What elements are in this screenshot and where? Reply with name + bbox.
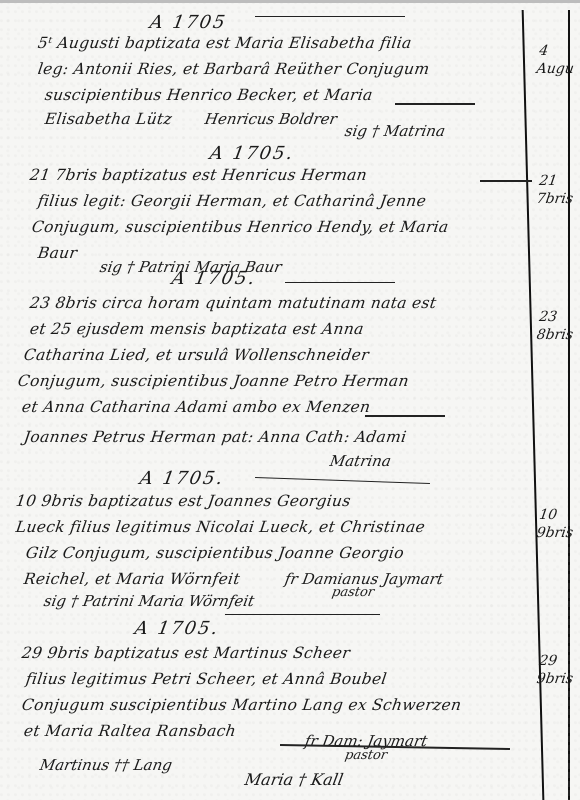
entry-line: Lueck filius legitimus Nicolai Lueck, et… <box>15 518 427 536</box>
signature: pastor <box>344 748 389 763</box>
entry-line: 21 7bris baptizatus est Henricus Herman <box>29 166 369 184</box>
margin-day: 23 <box>538 308 577 326</box>
entry-line: Conjugum, suscipientibus Joanne Petro He… <box>17 372 410 390</box>
entry-line: et Anna Catharina Adami ambo ex Menzen <box>21 398 372 416</box>
divider <box>255 477 430 484</box>
entry-line: 5ᵗ Augusti baptizata est Maria Elisabeth… <box>37 34 413 52</box>
margin-day: 29 <box>538 652 577 670</box>
entry-line: 23 8bris circa horam quintam matutinam n… <box>29 294 438 312</box>
divider <box>480 180 532 182</box>
entry-line: Conjugum suscipientibus Martino Lang ex … <box>21 696 463 714</box>
entry-line: 10 9bris baptizatus est Joannes Georgius <box>15 492 352 510</box>
margin-month: 7bris <box>535 190 574 208</box>
entry-line: Joannes Petrus Herman pat: Anna Cath: Ad… <box>23 428 408 446</box>
entry-line: Gilz Conjugum, suscipientibus Joanne Geo… <box>25 544 405 562</box>
signature: Matrina <box>328 452 392 470</box>
underline <box>365 415 445 417</box>
entry-year: A 1705 <box>148 12 228 33</box>
margin-month: 9bris <box>535 670 574 688</box>
divider <box>395 103 475 105</box>
margin-month: Augu <box>535 60 575 78</box>
margin-date: 10 9bris <box>535 506 576 542</box>
entry-line: Reichel, et Maria Wörnfeit <box>23 570 241 588</box>
signature: Martinus †† Lang <box>38 756 173 774</box>
entry-line: et 25 ejusdem mensis baptizata est Anna <box>29 320 365 338</box>
entry-line: Catharina Lied, et ursulâ Wollenschneide… <box>23 346 370 364</box>
signature: sig † Matrina <box>343 122 446 140</box>
entry-line: et Maria Raltea Ransbach <box>23 722 238 740</box>
register-page: A 1705 5ᵗ Augusti baptizata est Maria El… <box>0 0 580 800</box>
entry-line: suscipientibus Henrico Becker, et Maria <box>44 86 374 104</box>
margin-day: 21 <box>538 172 577 190</box>
scan-edge <box>0 0 580 3</box>
margin-date: 4 Augu <box>535 42 577 78</box>
margin-date: 29 9bris <box>535 652 576 688</box>
entry-line: Elisabetha Lütz <box>44 110 174 128</box>
margin-date: 23 8bris <box>535 308 576 344</box>
margin-day: 4 <box>538 42 578 60</box>
margin-date: 21 7bris <box>535 172 576 208</box>
entry-line: leg: Antonii Ries, et Barbarâ Reüther Co… <box>37 60 431 78</box>
entry-line: Baur <box>37 244 79 262</box>
signature: Maria † Kall <box>243 770 344 789</box>
signature: sig † Patrini Maria Wörnfeit <box>42 592 255 610</box>
entry-year: A 1705. <box>170 268 258 289</box>
entry-line: 29 9bris baptizatus est Martinus Scheer <box>21 644 352 662</box>
margin-day: 10 <box>538 506 577 524</box>
margin-month: 9bris <box>535 524 574 542</box>
margin-month: 8bris <box>535 326 574 344</box>
entry-year: A 1705. <box>138 468 226 489</box>
entry-line: filius legit: Georgii Herman, et Cathari… <box>37 192 428 210</box>
entry-year: A 1705. <box>208 143 296 164</box>
signature: Henricus Boldrer <box>203 110 338 128</box>
divider <box>255 16 405 17</box>
entry-year: A 1705. <box>133 618 221 639</box>
divider <box>225 614 380 615</box>
divider <box>285 282 395 283</box>
signature: pastor <box>331 585 376 600</box>
entry-line: filius legitimus Petri Scheer, et Annâ B… <box>25 670 388 688</box>
entry-line: Conjugum, suscipientibus Henrico Hendy, … <box>31 218 450 236</box>
